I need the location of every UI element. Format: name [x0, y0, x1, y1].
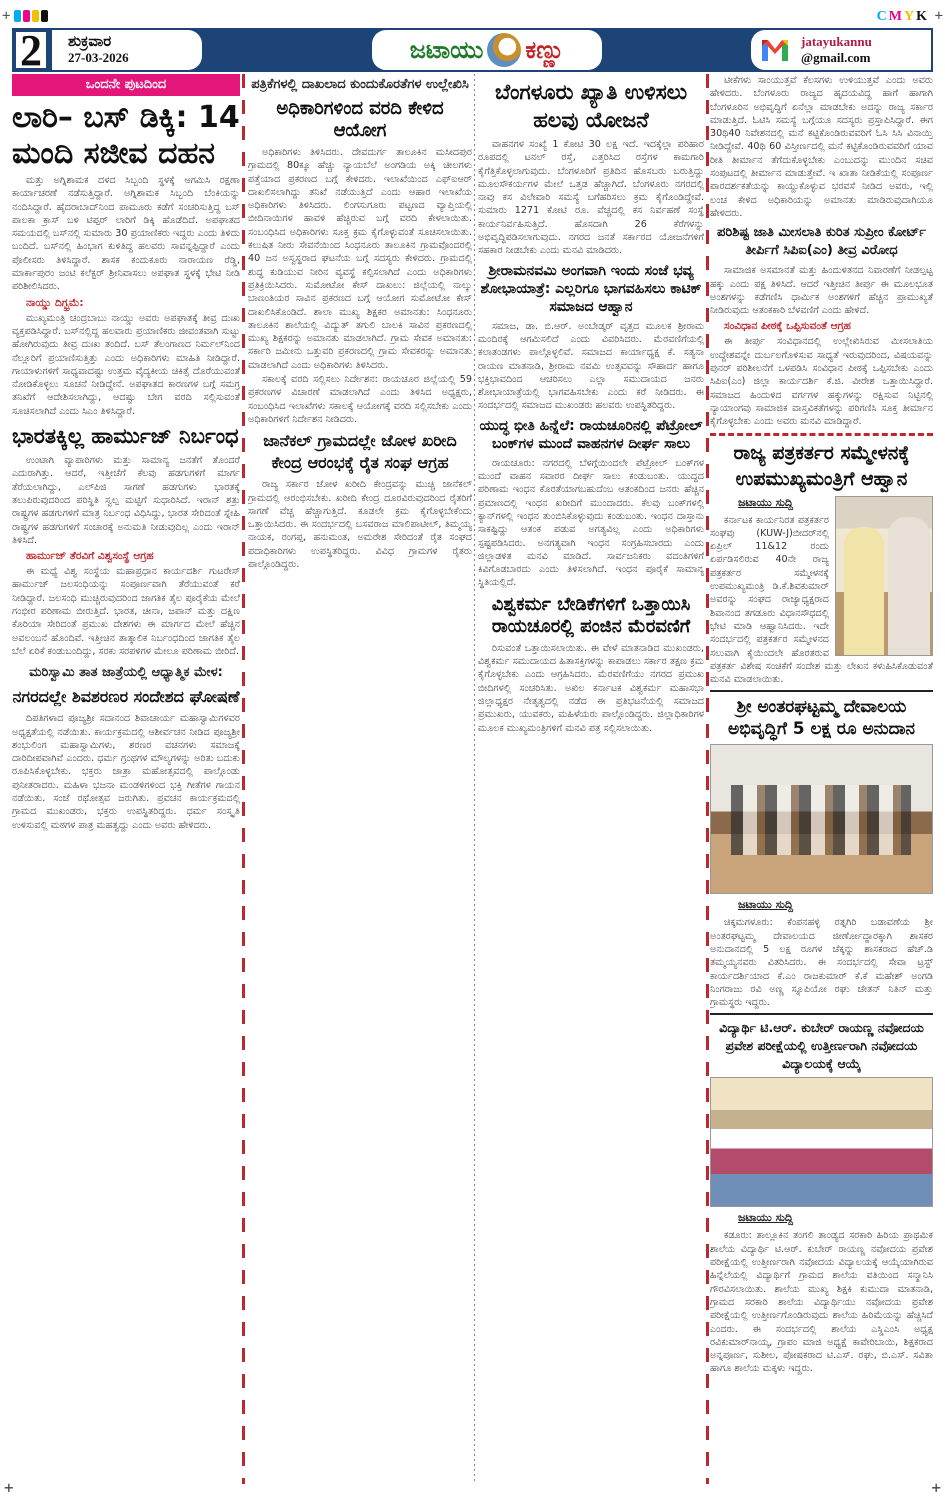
section-divider	[710, 433, 933, 436]
subheading: ನಾಯ್ಡು ದಿಗ್ಭ್ರಮೆ:	[26, 297, 240, 310]
article-body: ಸಾಮಾಜಿಕ ಅಸಮಾನತೆ ಮತ್ತು ಹಿಂದುಳಿತನದ ನಿವಾರಣೆ…	[710, 264, 933, 317]
subheading: ಸಂವಿಧಾನ ಪೀಠಕ್ಕೆ ಒಪ್ಪಿಸುವಂತೆ ಆಗ್ರಹ	[724, 320, 933, 333]
logo-word-1: ಜಟಾಯು	[410, 36, 484, 64]
article-body: ದಿಪತಿಗಳಾದ ಪೂಜ್ಯಶ್ರೀ ಸದಾನಂದ ಶಿವಾಚಾರ್ಯ ಮಹಾ…	[12, 712, 240, 832]
headline-petrol-queue: ಯುದ್ಧ ಭೀತಿ ಹಿನ್ನೆಲೆ: ರಾಯಚೂರಿನಲ್ಲಿ ಪೆಟ್ರೋ…	[478, 417, 704, 453]
article-body: ಸಕಾಲಕ್ಕೆ ವರದಿ ಸಲ್ಲಿಸಲು ನಿರ್ದೇಶನ: ರಾಯಚೂರ …	[248, 373, 472, 426]
photo-cheque-handover	[710, 744, 933, 894]
article-body: ಟೀಕೆಗಳು ಸಾಂಯುತ್ತವೆ ಕೆಲಸಗಳು ಉಳಿಯುತ್ತವೆ ಎಂ…	[710, 74, 933, 220]
photo-dk-shivakumar	[835, 496, 933, 656]
byline: ಜಟಾಯು ಸುದ್ದಿ	[738, 898, 933, 912]
registration-marks: + CMYK +	[0, 10, 945, 24]
contact-email: jatayukannu @gmail.com	[751, 30, 931, 70]
crop-mark-icon: +	[4, 1478, 14, 1497]
crop-mark-icon: +	[931, 1478, 941, 1497]
article-body: ಈ ತೀರ್ಪು ಸಂವಿಧಾನದಲ್ಲಿ ಉಲ್ಲೇಖಿಸಿರುವ ಮೀಸಲಾ…	[710, 335, 933, 428]
article-body: ಉಂಟಾಗಿ ವ್ಯಾಪಾರಿಗಳು ಮತ್ತು ಸಾಮಾನ್ಯ ಜನತೆಗೆ …	[12, 454, 240, 547]
headline-ramanavami: ಶ್ರೀರಾಮನವಮಿ ಅಂಗವಾಗಿ ಇಂದು ಸಂಜೆ ಭವ್ಯ ಶೋಭಾಯ…	[478, 262, 704, 316]
article-body: ಈ ಮಧ್ಯೆ ವಿಶ್ವ ಸಂಸ್ಥೆಯ ಮಹಾಪ್ರಧಾನ ಕಾರ್ಯದರ್…	[12, 565, 240, 658]
article-body: ರಾಯಚೂರು: ನಗರದಲ್ಲಿ ಬೆಳಗ್ಗೆಯಿಂದಲೇ ಪೆಟ್ರೋಲ್…	[478, 457, 704, 590]
headline-vishwakarma: ವಿಶ್ವಕರ್ಮ ಬೇಡಿಕೆಗಳಿಗೆ ಒತ್ತಾಯಿಸಿ ರಾಯಚೂರಲ್…	[478, 594, 704, 638]
page-number: 2	[14, 30, 48, 70]
headline-shivasharana: ನಗರದಲ್ಲೇ ಶಿವಶರಣರ ಸಂದೇಶದ ಘೋಷಣೆ	[12, 686, 240, 708]
cmyk-label: CMYK	[877, 9, 929, 25]
kicker: ಪತ್ರಿಕೆಗಳಲ್ಲಿ ದಾಖಲಾದ ಕುಂದುಕೊರತೆಗಳ ಉಲ್ಲೇಖ…	[248, 76, 472, 94]
section-divider	[710, 690, 933, 692]
color-swatches	[14, 10, 48, 22]
headline-temple-grant: ಶ್ರೀ ಅಂತರಘಟ್ಟಮ್ಮ ದೇವಾಲಯ ಅಭಿವೃದ್ಧಿಗೆ 5 ಲಕ…	[710, 696, 933, 740]
article-body: ಮತ್ತು ಅಗ್ನಿಶಾಮಕ ದಳದ ಸಿಬ್ಬಂದಿ ಸ್ಥಳಕ್ಕೆ ಆಗ…	[12, 174, 240, 294]
headline-hormuz: ಭಾರತಕ್ಕಿಲ್ಲ ಹಾರ್ಮುಜ್ ನಿರ್ಬಂಧ	[12, 422, 240, 450]
article-body: ಮುಖ್ಯಮಂತ್ರಿ ಚಂದ್ರಬಾಬು ನಾಯ್ಡು ಅವರು ಅಪಘಾತಕ…	[12, 312, 240, 418]
article-body: ವಾಹನಗಳ ಸಂಖ್ಯೆ 1 ಕೋಟಿ 30 ಲಕ್ಷ ಇದೆ. ಇದಕ್ಕೆ…	[478, 138, 704, 258]
email-user: jatayukannu	[801, 34, 872, 50]
byline: ಜಟಾಯು ಸುದ್ದಿ	[738, 1211, 933, 1225]
article-body: ಅಧಿಕಾರಿಗಳು ತಿಳಿಸಿದರು. ದೇವದುರ್ಗ ತಾಲೂಕಿನ ಮ…	[248, 146, 472, 372]
headline-cpim: ಪರಿಶಿಷ್ಟ ಜಾತಿ ಮೀಸಲಾತಿ ಕುರಿತ ಸುಪ್ರೀಂ ಕೋರ್…	[710, 224, 933, 260]
article-body: ಸಮಾಜ, ಡಾ. ಬಿ.ಆರ್. ಅಂಬೇಡ್ಕರ್ ವೃತ್ತದ ಮೂಲಕ …	[478, 320, 704, 413]
headline-bus-accident: ಲಾರಿ– ಬಸ್ ಡಿಕ್ಕಿ: 14 ಮಂದಿ ಸಜೀವ ದಹನ	[12, 100, 240, 172]
crop-mark-icon: +	[935, 10, 943, 22]
column-1: ಒಂದನೇ ಪುಟದಿಂದ ಲಾರಿ– ಬಸ್ ಡಿಕ್ಕಿ: 14 ಮಂದಿ …	[12, 74, 240, 1484]
newspaper-page: ಒಂದನೇ ಪುಟದಿಂದ ಲಾರಿ– ಬಸ್ ಡಿಕ್ಕಿ: 14 ಮಂದಿ …	[12, 74, 933, 1484]
headline-commission: ಅಧಿಕಾರಿಗಳಿಂದ ವರದಿ ಕೇಳಿದ ಆಯೋಗ	[248, 98, 472, 142]
kicker: ಮರಿಸ್ವಾಮಿ ತಾತ ಜಾತ್ರೆಯಲ್ಲಿ ಆಧ್ಯಾತ್ಮಿಕ ಮೇಳ…	[12, 664, 240, 682]
column-divider	[706, 74, 709, 1484]
column-divider	[474, 74, 475, 1484]
column-2: ಪತ್ರಿಕೆಗಳಲ್ಲಿ ದಾಖಲಾದ ಕುಂದುಕೊರತೆಗಳ ಉಲ್ಲೇಖ…	[248, 74, 472, 1484]
article-body: ರಾಜ್ಯ ಸರ್ಕಾರ ಜೋಳ ಖರೀದಿ ಕೇಂದ್ರವನ್ನು ಮುಚ್ಚ…	[248, 478, 472, 571]
column-divider	[242, 74, 245, 1484]
crop-mark-icon: +	[2, 10, 10, 22]
headline-bengaluru: ಬೆಂಗಳೂರು ಖ್ಯಾತಿ ಉಳಿಸಲು ಹಲವು ಯೋಜನೆ	[478, 78, 704, 134]
yellow-swatch	[32, 10, 39, 22]
headline-navodaya: ವಿದ್ಯಾರ್ಥಿ ಟಿ.ಆರ್. ಕುಬೇರ್ ರಾಯಣ್ಣ ನವೋದಯ ಪ…	[710, 1019, 933, 1073]
article-body: ಚಿಕ್ಕಮಗಳೂರು: ಕೆಂಪನಹಳ್ಳಿ ರತ್ನಗಿರಿ ಬಡಾವಣೆಯ…	[710, 916, 933, 1009]
gmail-icon	[761, 37, 789, 63]
headline-journalists-meet: ರಾಜ್ಯ ಪತ್ರಕರ್ತರ ಸಮ್ಮೇಳನಕ್ಕೆ ಉಪಮುಖ್ಯಮಂತ್ರ…	[710, 440, 933, 492]
continued-banner: ಒಂದನೇ ಪುಟದಿಂದ	[12, 74, 240, 96]
subheading: ಹಾರ್ಮುಜ್ ತೆರವಿಗೆ ವಿಶ್ವಸಂಸ್ಥೆ ಆಗ್ರಹ	[26, 550, 240, 563]
column-3: ಬೆಂಗಳೂರು ಖ್ಯಾತಿ ಉಳಿಸಲು ಹಲವು ಯೋಜನೆ ವಾಹನಗಳ…	[478, 74, 704, 1484]
date-box: ಶುಕ್ರವಾರ 27-03-2026	[52, 30, 202, 70]
headline-jowar-centre: ಜಾನೆಕಲ್ ಗ್ರಾಮದಲ್ಲೇ ಜೋಳ ಖರೀದಿ ಕೇಂದ್ರ ಆರಂಭ…	[248, 430, 472, 474]
magenta-swatch	[23, 10, 30, 22]
photo-school-felicitation	[710, 1077, 933, 1207]
article-body: ರಿಸುವಂತೆ ಒತ್ತಾಯಿಸಲಾಯಿತು. ಈ ವೇಳೆ ಮಾತನಾಡಿದ…	[478, 642, 704, 735]
masthead: 2 ಶುಕ್ರವಾರ 27-03-2026 ಜಟಾಯು ಕಣ್ಣು jatayu…	[12, 28, 933, 72]
newspaper-logo: ಜಟಾಯು ಕಣ್ಣು	[372, 30, 602, 70]
issue-date: 27-03-2026	[68, 50, 202, 66]
weekday: ಶುಕ್ರವಾರ	[68, 32, 202, 50]
cyan-swatch	[14, 10, 21, 22]
section-divider	[710, 1013, 933, 1015]
black-swatch	[41, 10, 48, 22]
logo-word-2: ಕಣ್ಣು	[525, 36, 564, 64]
email-domain: @gmail.com	[801, 50, 872, 66]
article-body: ಕಡೂರು: ತಾಲ್ಲೂಕಿನ ತಂಗಲಿ ತಾಂಡ್ಯದ ಸರಕಾರಿ ಹಿ…	[710, 1229, 933, 1375]
eagle-icon	[487, 33, 521, 67]
column-4: ಟೀಕೆಗಳು ಸಾಂಯುತ್ತವೆ ಕೆಲಸಗಳು ಉಳಿಯುತ್ತವೆ ಎಂ…	[710, 74, 933, 1484]
